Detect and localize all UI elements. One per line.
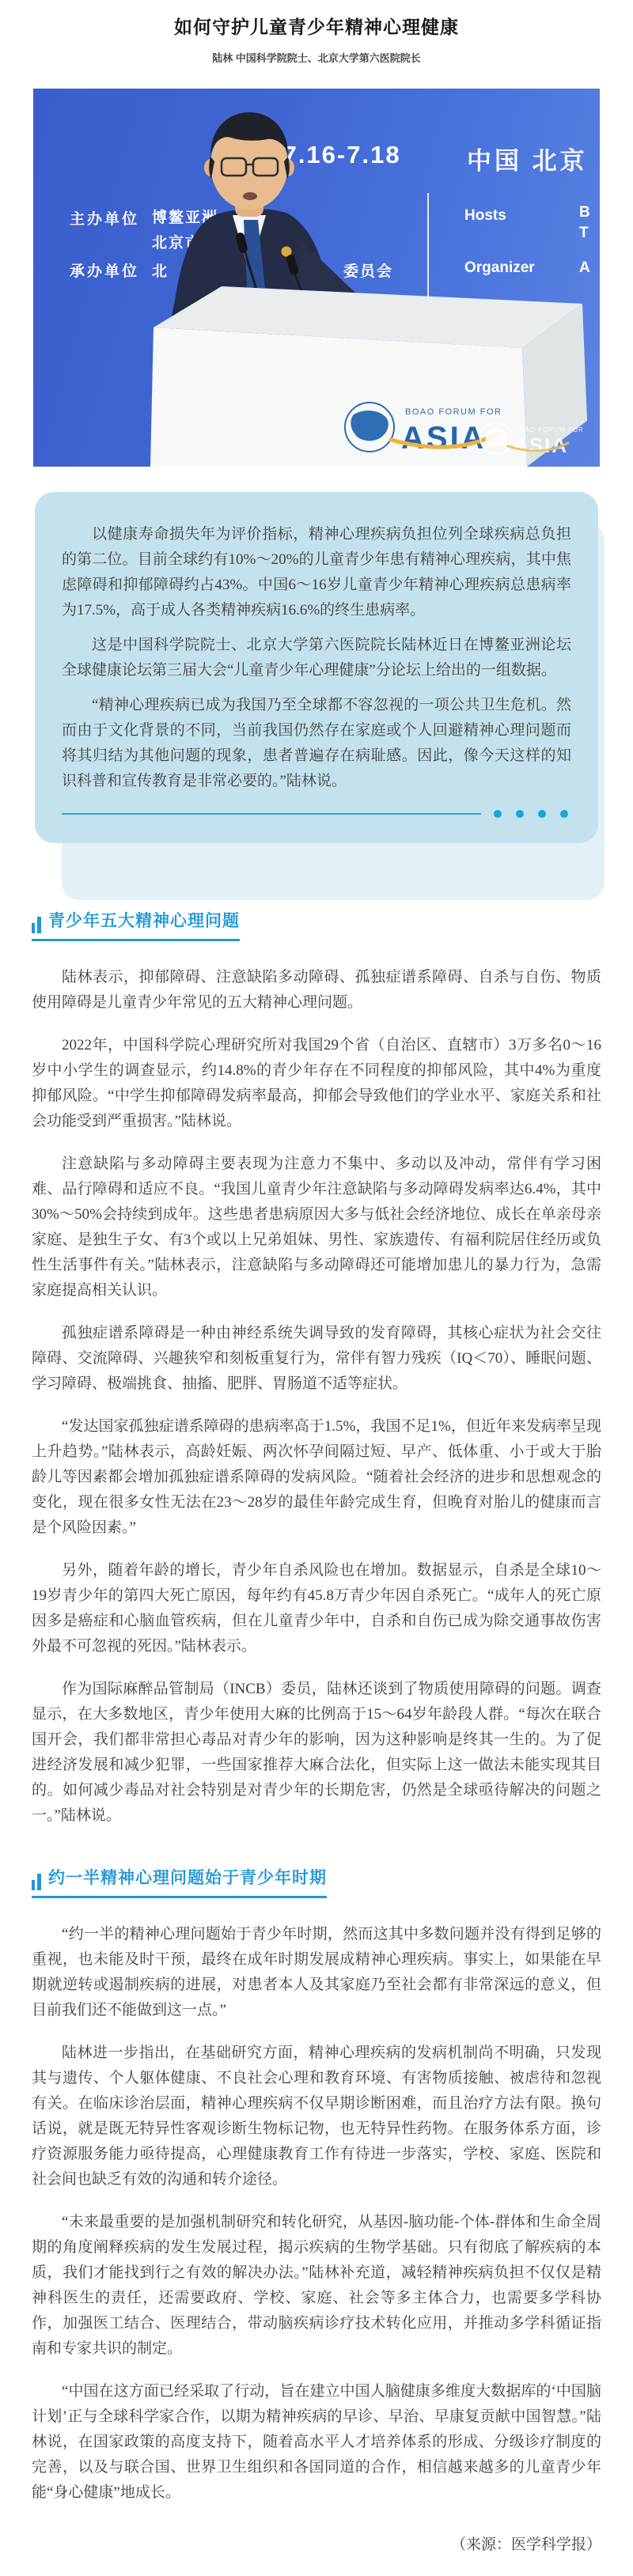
quote-paragraph: “精神心理疾病已成为我国乃至全球都不容忽视的一项公共卫生危机。然而由于文化背景的… (62, 693, 571, 794)
body-paragraph: 另外，随着年龄的增长，青少年自杀风险也在增加。数据显示，自杀是全球10～19岁青… (32, 1558, 601, 1659)
page-title: 如何守护儿童青少年精神心理健康 (0, 0, 633, 39)
speaker-podium-illustration: BOAO FORUM FOR ASIA BOAO FORUM FOR ASIA (33, 89, 600, 467)
header-bars-icon (32, 917, 41, 933)
body-paragraph: 2022年，中国科学院心理研究所对我国29个省（自治区、直辖市）3万多名0～16… (32, 1033, 601, 1134)
section-title: 青少年五大精神心理问题 (48, 908, 240, 932)
body-paragraph: 陆林进一步指出，在基础研究方面，精神心理疾病的发病机制尚不明确，只发现其与遗传、… (32, 2041, 601, 2192)
body-paragraph: 陆林表示，抑郁障碍、注意缺陷多动障碍、孤独症谱系障碍、自杀与自伤、物质使用障碍是… (32, 965, 601, 1016)
quote-card-stack: 以健康寿命损失年为评价指标，精神心理疾病负担位列全球疾病总负担的第二位。目前全球… (0, 492, 633, 872)
conference-photo: 2024.7.16-7.18 中国 北京 主办单位 博鳌亚洲 北京市 承办单位 … (33, 89, 600, 467)
section-header-2: 约一半精神心理问题始于青少年时期 (32, 1865, 327, 1898)
header-bars-icon (32, 1874, 41, 1890)
body-paragraph: “发达国家孤独症谱系障碍的患病率高于1.5%，我国不足1%，但近年来发病率呈现上… (32, 1414, 601, 1541)
dot-icon (538, 810, 546, 818)
body-paragraph: 作为国际麻醉品管制局（INCB）委员，陆林还谈到了物质使用障碍的问题。调查显示，… (32, 1677, 601, 1829)
body-paragraph: 注意缺陷与多动障碍主要表现为注意力不集中、多动以及冲动，常伴有学习困难、品行障碍… (32, 1152, 601, 1303)
quote-card: 以健康寿命损失年为评价指标，精神心理疾病负担位列全球疾病总负担的第二位。目前全球… (35, 492, 598, 843)
quote-footer-divider (62, 810, 571, 818)
source-attribution: （来源：医学科学报） (32, 2532, 601, 2554)
body-paragraph: 孤独症谱系障碍是一种由神经系统失调导致的发育障碍，其核心症状为社会交往障碍、交流… (32, 1321, 601, 1397)
byline: 陆林 中国科学院院士、北京大学第六医院院长 (0, 50, 633, 65)
quote-paragraph: 以健康寿命损失年为评价指标，精神心理疾病负担位列全球疾病总负担的第二位。目前全球… (62, 522, 571, 623)
section-title: 约一半精神心理问题始于青少年时期 (48, 1865, 327, 1889)
body-paragraph: “未来最重要的是加强机制研究和转化研究，从基因-脑功能-个体-群体和生命全周期的… (32, 2210, 601, 2362)
svg-text:BOAO FORUM FOR: BOAO FORUM FOR (405, 407, 502, 417)
article-page: 如何守护儿童青少年精神心理健康 陆林 中国科学院院士、北京大学第六医院院长 20… (0, 0, 633, 2576)
dot-icon (560, 810, 568, 818)
divider-line (62, 813, 481, 815)
quote-paragraph: 这是中国科学院院士、北京大学第六医院院长陆林近日在博鳌亚洲论坛全球健康论坛第三届… (62, 633, 571, 683)
dot-icon (516, 810, 524, 818)
svg-text:ASIA: ASIA (401, 421, 487, 456)
body-paragraph: “中国在这方面已经采取了行动，旨在建立中国人脑健康多维度大数据库的‘中国脑计划’… (32, 2379, 601, 2506)
dot-icon (494, 810, 502, 818)
divider-dots (494, 810, 568, 818)
article-body: 青少年五大精神心理问题 陆林表示，抑郁障碍、注意缺陷多动障碍、孤独症谱系障碍、自… (32, 908, 601, 2554)
svg-text:BOAO FORUM FOR: BOAO FORUM FOR (514, 426, 584, 433)
body-paragraph: “约一半的精神心理问题始于青少年时期，然而这其中多数问题并没有得到足够的重视，也… (32, 1922, 601, 2023)
section-header-1: 青少年五大精神心理问题 (32, 908, 240, 941)
svg-text:ASIA: ASIA (513, 433, 568, 457)
